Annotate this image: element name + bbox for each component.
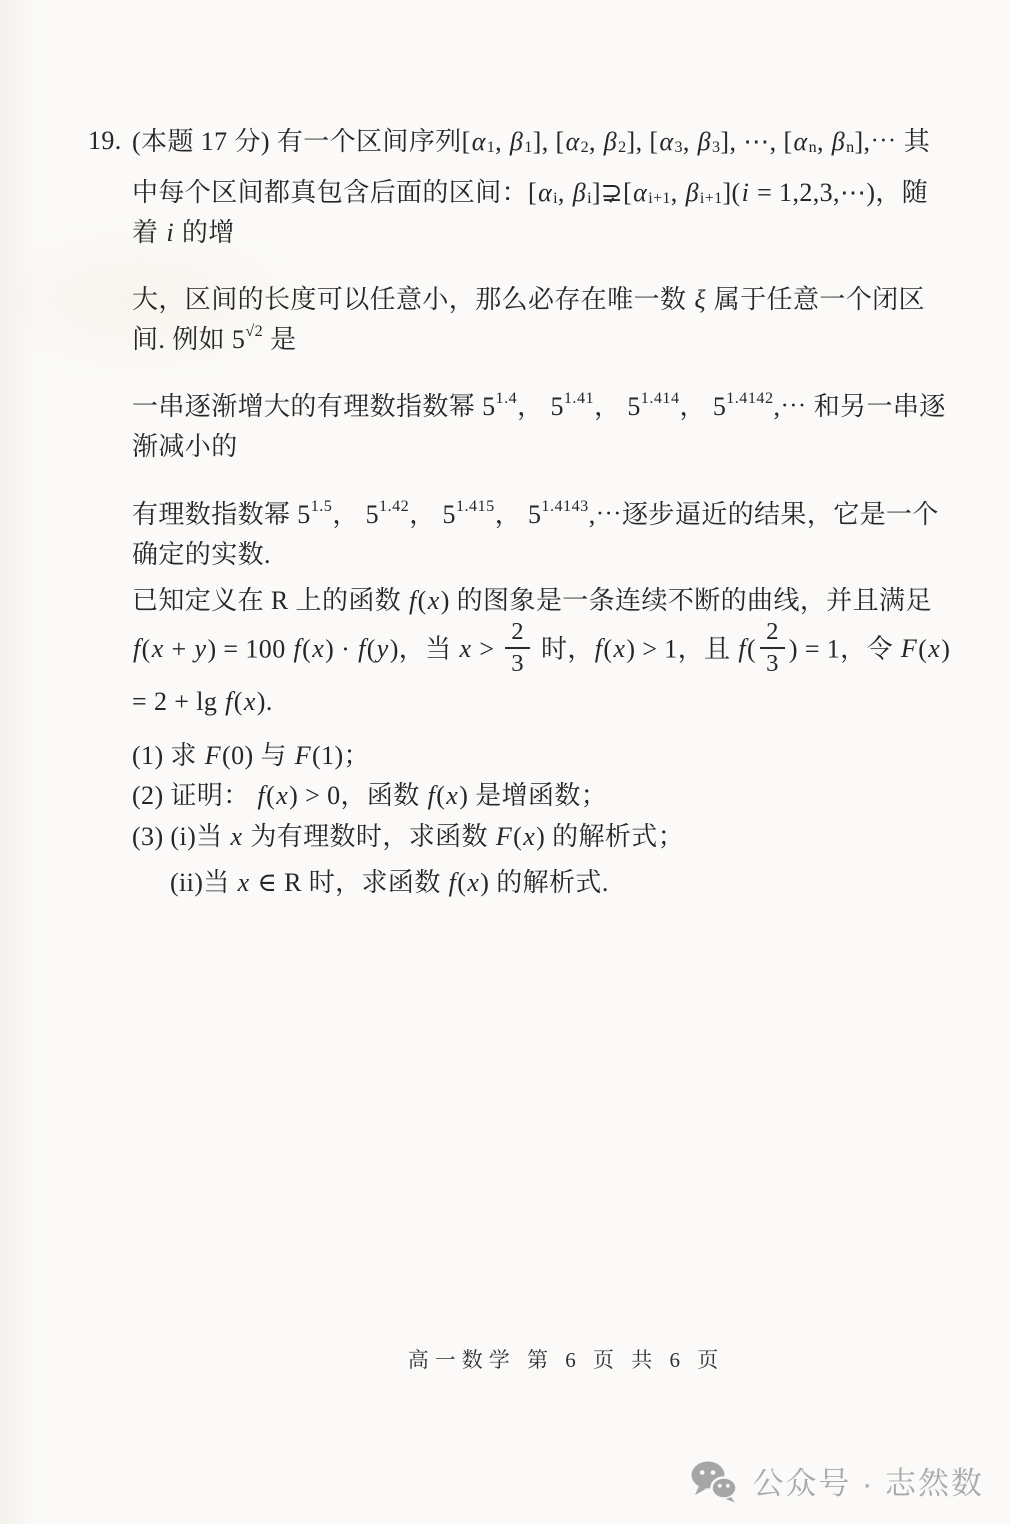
math-variable: x: [229, 822, 243, 851]
text-run: (: [436, 781, 445, 810]
math-variable: x: [445, 781, 459, 810]
text-run: ],⋯ 其: [854, 127, 930, 156]
text-run: ) 的解析式；: [536, 822, 684, 851]
math-variable: f: [737, 634, 747, 663]
subscript: i: [553, 190, 558, 207]
wechat-icon: [689, 1459, 739, 1503]
math-variable: x: [466, 868, 480, 897]
text-run: (: [747, 634, 756, 663]
subscript: 3: [675, 139, 683, 156]
subscript: 2: [618, 139, 626, 156]
text-run: ) > 1，且: [626, 634, 737, 663]
superscript: 1.4: [496, 390, 518, 407]
question-line: 已知定义在 R 上的函数 f(x) 的图象是一条连续不断的曲线，并且满足: [132, 581, 952, 621]
question-line: 有理数指数幂 51.5， 51.42， 51.415， 51.4143,⋯逐步逼…: [132, 495, 952, 575]
text-run: 中每个区间都真包含后面的区间：[: [132, 178, 537, 207]
fraction: 23: [760, 618, 785, 679]
text-run: (: [367, 634, 376, 663]
subscript: 1: [487, 139, 495, 156]
text-run: ) > 0，函数: [289, 781, 426, 810]
text-run: (: [266, 781, 275, 810]
text-run: (2) 证明：: [132, 781, 257, 810]
fraction-numerator: 2: [760, 618, 785, 649]
math-variable: α: [565, 127, 581, 156]
text-run: ) = 1，令: [789, 634, 900, 663]
subscript: 1: [524, 139, 532, 156]
text-run: ， 5: [409, 500, 456, 529]
question-line: 大，区间的长度可以任意小，那么必存在唯一数 ξ 属于任意一个闭区间. 例如 5√…: [132, 280, 952, 360]
text-run: ,: [671, 178, 685, 207]
text-run: ,: [817, 127, 831, 156]
text-run: ](: [722, 178, 740, 207]
superscript: 1.42: [379, 498, 409, 515]
text-run: ) ·: [325, 634, 357, 663]
text-run: (: [302, 634, 311, 663]
math-variable: x: [237, 868, 251, 897]
fraction: 23: [505, 618, 530, 679]
text-run: ∈ R 时，求函数: [251, 868, 448, 897]
math-variable: F: [294, 741, 312, 770]
text-run: 是: [263, 325, 296, 354]
question-line: 中每个区间都真包含后面的区间：[αi, βi]⊋[αi+1, βi+1](i =…: [132, 173, 952, 253]
watermark: 公众号 · 志然数: [689, 1458, 984, 1503]
math-variable: F: [204, 741, 222, 770]
math-variable: α: [537, 178, 553, 207]
text-run: (: [142, 634, 151, 663]
text-run: (: [918, 634, 927, 663]
question-line: (3) (i)当 x 为有理数时，求函数 F(x) 的解析式；: [132, 817, 952, 857]
text-run: (3) (i)当: [132, 822, 229, 851]
superscript: 1.41: [564, 390, 594, 407]
subscript: i: [587, 190, 592, 207]
page-footer: 高一数学 第 6 页 共 6 页: [0, 1344, 1010, 1374]
watermark-text: 公众号 · 志然数: [752, 1458, 984, 1503]
question-body: (本题 17 分) 有一个区间序列[α1, β1], [α2, β2], [α3…: [132, 122, 952, 903]
fraction-denominator: 3: [511, 649, 524, 678]
subscript: i+1: [648, 190, 671, 207]
fraction-denominator: 3: [766, 649, 779, 678]
question-19: 19. (本题 17 分) 有一个区间序列[α1, β1], [α2, β2],…: [0, 122, 1010, 903]
question-line: 一串逐渐增大的有理数指数幂 51.4， 51.41， 51.414， 51.41…: [132, 387, 952, 467]
text-run: (: [234, 687, 243, 716]
text-run: 已知定义在 R 上的函数: [132, 586, 408, 615]
math-variable: x: [311, 634, 325, 663]
math-variable: f: [408, 586, 418, 615]
text-run: (1) 求: [132, 741, 204, 770]
math-variable: f: [293, 634, 303, 663]
math-variable: α: [658, 127, 674, 156]
math-variable: x: [927, 634, 941, 663]
subscript: 2: [581, 139, 589, 156]
math-variable: β: [685, 178, 700, 207]
math-variable: α: [471, 127, 487, 156]
text-run: ， 5: [594, 392, 641, 421]
math-variable: f: [224, 687, 234, 716]
superscript: 1.5: [311, 498, 333, 515]
math-variable: β: [509, 127, 524, 156]
math-variable: x: [151, 634, 165, 663]
math-variable: x: [427, 586, 441, 615]
math-variable: β: [603, 127, 618, 156]
math-variable: F: [900, 634, 918, 663]
math-variable: y: [194, 634, 208, 663]
text-run: 有理数指数幂 5: [132, 500, 311, 529]
text-run: (: [457, 868, 466, 897]
question-line: (本题 17 分) 有一个区间序列[α1, β1], [α2, β2], [α3…: [132, 122, 952, 162]
text-run: (本题 17 分) 有一个区间序列[: [132, 127, 471, 156]
math-variable: F: [495, 822, 513, 851]
text-run: ) 的图象是一条连续不断的曲线，并且满足: [441, 586, 932, 615]
math-variable: x: [522, 822, 536, 851]
subscript: n: [809, 139, 817, 156]
text-run: ， 5: [517, 392, 564, 421]
text-run: (0) 与: [222, 741, 294, 770]
math-variable: f: [594, 634, 604, 663]
superscript: 1.414: [641, 390, 680, 407]
text-run: )，当: [390, 634, 459, 663]
question-line: f(x + y) = 100 f(x) · f(y)，当 x > 23 时，f(…: [132, 621, 952, 722]
question-line: (ii)当 x ∈ R 时，求函数 f(x) 的解析式.: [132, 863, 952, 903]
text-run: (: [418, 586, 427, 615]
math-variable: x: [275, 781, 289, 810]
math-variable: f: [132, 634, 142, 663]
subscript: n: [846, 139, 854, 156]
text-run: ) 是增函数；: [459, 781, 607, 810]
math-variable: y: [376, 634, 390, 663]
text-run: ,: [683, 127, 697, 156]
superscript: 1.4142: [726, 390, 773, 407]
math-variable: ξ: [693, 285, 707, 314]
math-variable: f: [357, 634, 367, 663]
text-run: 的增: [175, 218, 235, 247]
text-run: ,: [495, 127, 509, 156]
math-variable: α: [793, 127, 809, 156]
superscript: 1.4143: [541, 498, 588, 515]
question-number: 19.: [88, 126, 122, 156]
math-variable: f: [427, 781, 437, 810]
text-run: ) = 100: [207, 634, 292, 663]
math-variable: f: [257, 781, 267, 810]
question-line: (2) 证明： f(x) > 0，函数 f(x) 是增函数；: [132, 776, 952, 816]
math-variable: x: [458, 634, 472, 663]
text-run: 时，: [534, 634, 594, 663]
text-run: 大，区间的长度可以任意小，那么必存在唯一数: [132, 285, 693, 314]
math-variable: α: [632, 178, 648, 207]
text-run: >: [472, 634, 501, 663]
text-run: ) 的解析式.: [480, 868, 608, 897]
text-run: ], ⋯, [: [720, 127, 792, 156]
fraction-numerator: 2: [505, 618, 530, 649]
math-variable: β: [572, 178, 587, 207]
text-run: ], [: [627, 127, 659, 156]
text-run: (1)；: [312, 741, 370, 770]
math-variable: i: [165, 218, 175, 247]
text-run: ， 5: [332, 500, 379, 529]
text-run: ], [: [533, 127, 565, 156]
text-run: ， 5: [680, 392, 727, 421]
text-run: (: [513, 822, 522, 851]
math-variable: x: [243, 687, 257, 716]
text-run: 一串逐渐增大的有理数指数幂 5: [132, 392, 496, 421]
text-run: ,: [558, 178, 572, 207]
math-variable: i: [741, 178, 751, 207]
math-variable: f: [448, 868, 458, 897]
question-line: (1) 求 F(0) 与 F(1)；: [132, 736, 952, 776]
subscript: 3: [712, 139, 720, 156]
text-run: ， 5: [495, 500, 542, 529]
math-variable: β: [831, 127, 846, 156]
math-variable: x: [612, 634, 626, 663]
text-run: ]⊋[: [592, 178, 632, 207]
math-variable: β: [697, 127, 712, 156]
text-run: ).: [257, 687, 273, 716]
superscript: 1.415: [456, 498, 495, 515]
superscript: √2: [245, 323, 263, 340]
text-run: 为有理数时，求函数: [243, 822, 494, 851]
text-run: +: [165, 634, 194, 663]
subscript: i+1: [700, 190, 723, 207]
text-run: (ii)当: [170, 868, 237, 897]
text-run: ,: [589, 127, 603, 156]
